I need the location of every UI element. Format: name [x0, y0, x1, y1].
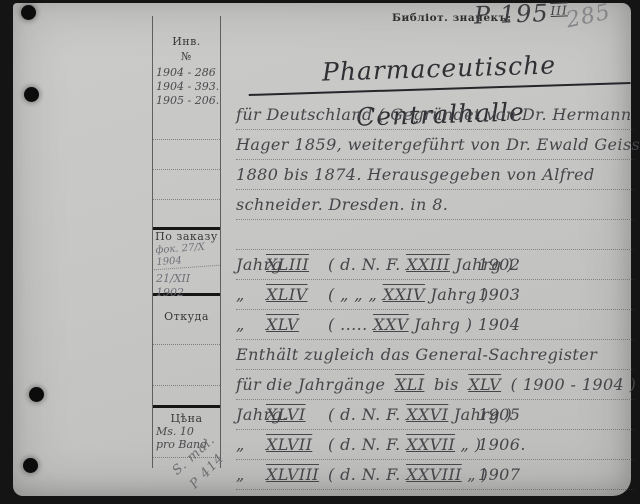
body-line: Hager 1859, weitergeführt von Dr. Ewald …	[236, 130, 634, 160]
roman-numeral: XLI	[395, 375, 425, 394]
inventory-label: Инв. №	[153, 34, 220, 66]
detail-open: ( d. N. F.	[328, 465, 406, 484]
volume-numeral: XLVIII	[266, 460, 328, 489]
inventory-number: 1905 - 206.	[156, 94, 220, 108]
volume-row: „XLIV( „ „ „ XXIV Jahrg )1903	[236, 280, 634, 310]
scanned-catalog-card: { "stamp": { "label": "Библіот. значекъ:…	[0, 0, 640, 504]
detail-close: Jahrg )	[409, 315, 473, 334]
shelf-code-main: P 195	[474, 0, 550, 30]
body-line: 1880 bis 1874. Herausgegeben von Alfred	[236, 160, 634, 190]
volume-year: 1903	[478, 280, 520, 309]
volume-numeral: XLVII	[266, 430, 328, 459]
nf-numeral: XXVII	[406, 435, 455, 454]
volume-row: JahrgXLIII( d. N. F. XXIII Jahrg )1902	[236, 250, 634, 280]
volume-detail: ( d. N. F. XXVII „ )	[328, 430, 478, 459]
empty-ruled-row	[153, 200, 220, 230]
inventory-numbers: 1904 - 286 1904 - 393. 1905 - 206.	[153, 66, 220, 110]
volume-prefix: „	[236, 460, 266, 489]
inventory-label-line2: №	[153, 49, 220, 64]
volume-prefix: Jahrg	[236, 250, 266, 279]
volume-detail: ( d. N. F. XXIII Jahrg )	[328, 250, 478, 279]
volume-year: 1902	[478, 250, 520, 279]
volume-prefix: Jahrg.	[236, 400, 266, 429]
body-line: schneider. Dresden. in 8.	[236, 190, 634, 220]
volume-numeral: XLV	[266, 310, 328, 339]
price-label: Цѣна	[153, 408, 220, 425]
volume-detail: ( d. N. F. XXVIII „ )	[328, 460, 478, 489]
order-date: 21/XII 1902	[153, 268, 220, 300]
volume-detail: ( „ „ „ XXIV Jahrg )	[328, 280, 478, 309]
order-section: По заказу фок. 27/X 1904 21/XII 1902	[153, 230, 220, 293]
nf-numeral: XXVI	[406, 405, 448, 424]
nf-numeral: XXV	[373, 315, 409, 334]
roman-numeral: XLV	[468, 375, 501, 394]
detail-open: ( .....	[328, 315, 373, 334]
detail-open: ( „ „ „	[328, 285, 383, 304]
note-text: bis	[434, 375, 459, 394]
inventory-number: 1904 - 393.	[156, 80, 220, 94]
detail-open: ( d. N. F.	[328, 435, 406, 454]
volume-row: Jahrg.XLVI( d. N. F. XXVI Jahrg )1905	[236, 400, 634, 430]
volume-prefix: „	[236, 430, 266, 459]
origin-section: Откуда	[153, 296, 220, 405]
sidebar-table: Инв. № 1904 - 286 1904 - 393. 1905 - 206…	[152, 16, 221, 468]
volume-row: „XLV( ..... XXV Jahrg )1904	[236, 310, 634, 340]
inventory-section: Инв. № 1904 - 286 1904 - 393. 1905 - 206…	[153, 16, 220, 227]
origin-label: Откуда	[153, 310, 220, 323]
empty-ruled-row	[153, 345, 220, 386]
order-note: фок. 27/X 1904	[152, 241, 221, 271]
volume-rows-a: JahrgXLIII( d. N. F. XXIII Jahrg )1902„X…	[236, 250, 634, 340]
volume-detail: ( ..... XXV Jahrg )	[328, 310, 478, 339]
volume-detail: ( d. N. F. XXVI Jahrg )	[328, 400, 478, 429]
empty-ruled-row	[153, 170, 220, 200]
volume-numeral: XLIV	[266, 280, 328, 309]
volume-row: „XLVIII( d. N. F. XXVIII „ )1907	[236, 460, 634, 490]
volume-rows-b: Jahrg.XLVI( d. N. F. XXVI Jahrg )1905„XL…	[236, 400, 634, 490]
volume-year: 1907	[478, 460, 520, 489]
note-line: für die Jahrgänge XLI bis XLV ( 1900 - 1…	[236, 370, 634, 400]
origin-label-row: Откуда	[153, 296, 220, 345]
note-text: ( 1900 - 1904 )	[511, 375, 637, 394]
nf-numeral: XXIII	[406, 255, 450, 274]
volume-year: 1905	[478, 400, 520, 429]
empty-ruled-line	[236, 220, 634, 250]
note-line: Enthält zugleich das General-Sachregiste…	[236, 340, 634, 370]
volume-prefix: „	[236, 280, 266, 309]
note-text: für die Jahrgänge	[236, 375, 385, 394]
volume-year: 1906.	[478, 430, 526, 459]
inventory-label-line1: Инв.	[153, 34, 220, 49]
volume-row: „XLVII( d. N. F. XXVII „ )1906.	[236, 430, 634, 460]
detail-open: ( d. N. F.	[328, 255, 406, 274]
nf-numeral: XXVIII	[406, 465, 462, 484]
volume-prefix: „	[236, 310, 266, 339]
punch-hole	[23, 458, 38, 473]
empty-ruled-row	[153, 110, 220, 140]
punch-hole	[24, 87, 39, 102]
inventory-number: 1904 - 286	[156, 66, 220, 80]
punch-hole	[29, 387, 44, 402]
volume-numeral: XLIII	[266, 250, 328, 279]
detail-open: ( d. N. F.	[328, 405, 406, 424]
empty-ruled-row	[153, 140, 220, 170]
nf-numeral: XXIV	[383, 285, 425, 304]
punch-hole	[21, 5, 36, 20]
body-line: für Deutschland ( Gegründet von Dr. Herm…	[236, 100, 634, 130]
volume-year: 1904	[478, 310, 520, 339]
main-text: für Deutschland ( Gegründet von Dr. Herm…	[236, 100, 634, 490]
shelf-code: P 195III	[474, 0, 569, 30]
volume-numeral: XLVI	[266, 400, 328, 429]
